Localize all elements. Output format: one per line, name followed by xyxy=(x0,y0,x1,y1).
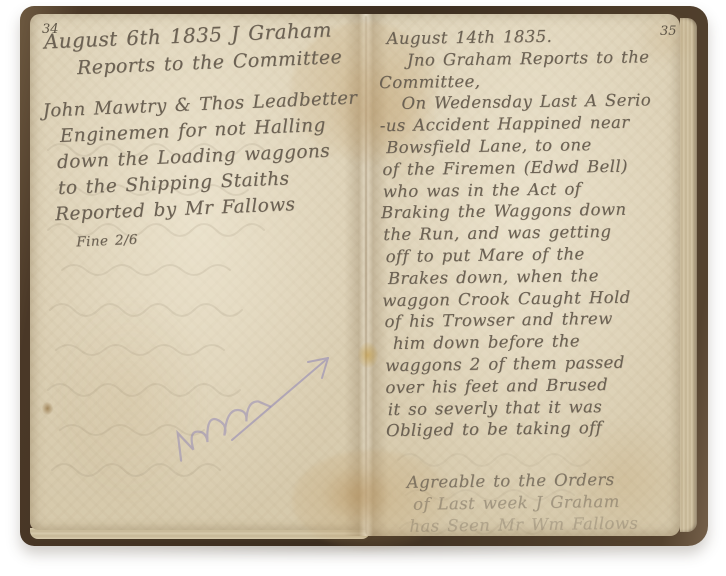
manuscript-line: Jno Graham Reports to the xyxy=(407,46,685,72)
photograph-background: 34 35 August 6th 1835 J Graham Reports t… xyxy=(0,0,726,576)
left-page-text: August 6th 1835 J Graham Reports to the … xyxy=(37,15,366,256)
manuscript-line: has Seen Mr Wm Fallows xyxy=(409,512,691,538)
manuscript-line: On Wedensday Last A Serio xyxy=(401,89,685,115)
gutter-fold-line xyxy=(365,16,367,534)
right-page-text: August 14th 1835. Jno Graham Reports to … xyxy=(378,24,691,538)
manuscript-line: Obliged to be taking off xyxy=(386,416,690,442)
